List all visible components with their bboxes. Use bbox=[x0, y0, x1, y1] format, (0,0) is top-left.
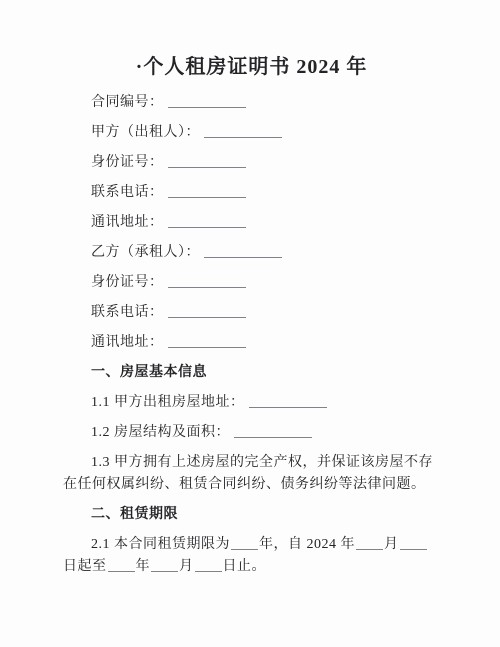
paragraph-text: 年 bbox=[136, 559, 151, 574]
field-label: 身份证号： bbox=[91, 155, 164, 170]
fill-in-blank bbox=[168, 154, 246, 168]
fill-in-blank bbox=[151, 558, 178, 572]
field-row: 联系电话： bbox=[63, 182, 440, 204]
fields-list: 合同编号：甲方（出租人）：身份证号：联系电话：通讯地址：乙方（承租人）：身份证号… bbox=[63, 92, 440, 354]
fill-in-blank bbox=[356, 536, 383, 550]
fill-in-blank bbox=[234, 424, 312, 438]
field-row: 通讯地址： bbox=[63, 332, 440, 354]
document-page: ·个人租房证明书 2024 年 合同编号：甲方（出租人）：身份证号：联系电话：通… bbox=[0, 0, 500, 647]
section-paragraph: 1.1 甲方出租房屋地址： bbox=[63, 392, 440, 414]
sections-list: 一、房屋基本信息1.1 甲方出租房屋地址：1.2 房屋结构及面积：1.3 甲方拥… bbox=[63, 362, 440, 578]
field-label: 身份证号： bbox=[91, 275, 164, 290]
fill-in-blank bbox=[168, 184, 246, 198]
section-heading: 二、租赁期限 bbox=[63, 504, 440, 526]
document-title: ·个人租房证明书 2024 年 bbox=[63, 52, 440, 82]
paragraph-text: 1.3 甲方拥有上述房屋的完全产权，并保证该房屋不存在任何权属纠纷、租赁合同纠纷… bbox=[63, 455, 433, 492]
section-paragraph: 1.3 甲方拥有上述房屋的完全产权，并保证该房屋不存在任何权属纠纷、租赁合同纠纷… bbox=[63, 452, 440, 496]
fill-in-blank bbox=[249, 394, 327, 408]
fill-in-blank bbox=[168, 334, 246, 348]
field-label: 甲方（出租人）： bbox=[91, 125, 200, 140]
fill-in-blank bbox=[108, 558, 135, 572]
fill-in-blank bbox=[168, 304, 246, 318]
paragraph-text: 日止。 bbox=[223, 559, 267, 574]
field-row: 甲方（出租人）： bbox=[63, 122, 440, 144]
section-heading: 一、房屋基本信息 bbox=[63, 362, 440, 384]
field-row: 乙方（承租人）： bbox=[63, 242, 440, 264]
section-paragraph: 1.2 房屋结构及面积： bbox=[63, 422, 440, 444]
fill-in-blank bbox=[168, 274, 246, 288]
fill-in-blank bbox=[204, 124, 282, 138]
field-label: 乙方（承租人）： bbox=[91, 245, 200, 260]
fill-in-blank bbox=[195, 558, 222, 572]
paragraph-text: 月 bbox=[179, 559, 194, 574]
field-label: 合同编号： bbox=[91, 95, 164, 110]
field-row: 合同编号： bbox=[63, 92, 440, 114]
field-row: 联系电话： bbox=[63, 302, 440, 324]
paragraph-text: 日起至 bbox=[63, 559, 107, 574]
field-row: 身份证号： bbox=[63, 272, 440, 294]
fill-in-blank bbox=[204, 244, 282, 258]
field-label: 通讯地址： bbox=[91, 335, 164, 350]
paragraph-text: 1.2 房屋结构及面积： bbox=[91, 425, 230, 440]
paragraph-text: 1.1 甲方出租房屋地址： bbox=[91, 395, 245, 410]
fill-in-blank bbox=[400, 536, 427, 550]
paragraph-text: 年，自 2024 年 bbox=[259, 537, 355, 552]
field-row: 身份证号： bbox=[63, 152, 440, 174]
paragraph-text: 月 bbox=[384, 537, 399, 552]
fill-in-blank bbox=[168, 214, 246, 228]
fill-in-blank bbox=[168, 94, 246, 108]
field-row: 通讯地址： bbox=[63, 212, 440, 234]
section-paragraph: 2.1 本合同租赁期限为年，自 2024 年月日起至年月日止。 bbox=[63, 534, 440, 578]
field-label: 联系电话： bbox=[91, 185, 164, 200]
field-label: 通讯地址： bbox=[91, 215, 164, 230]
fill-in-blank bbox=[231, 536, 258, 550]
paragraph-text: 2.1 本合同租赁期限为 bbox=[91, 537, 230, 552]
field-label: 联系电话： bbox=[91, 305, 164, 320]
